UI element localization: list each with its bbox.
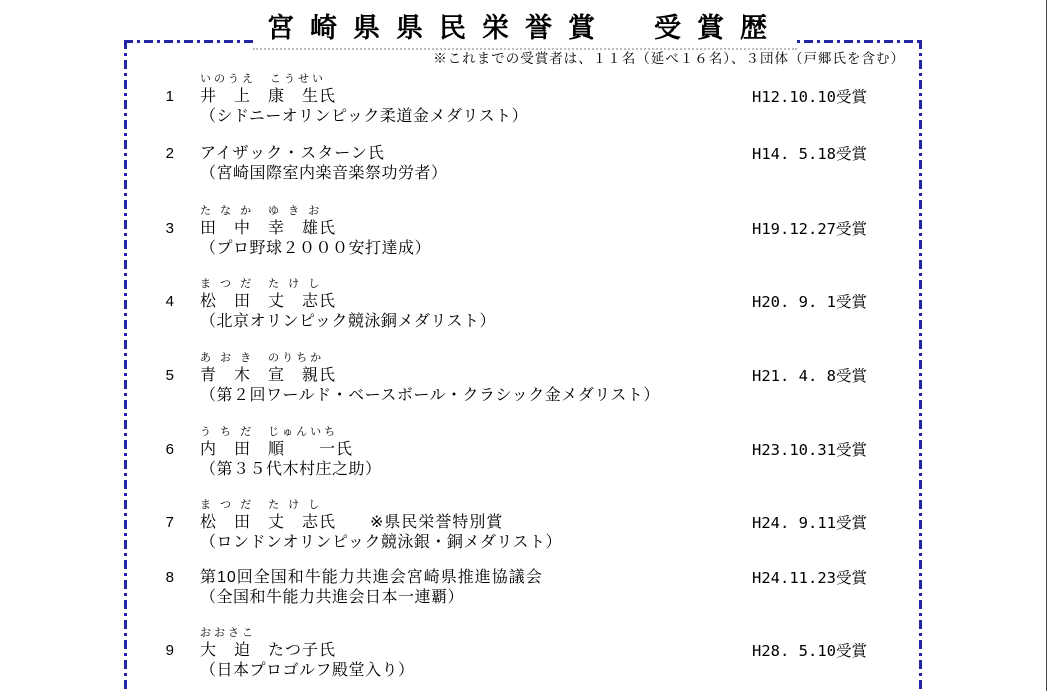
dashed-border-left [124,40,127,691]
entry-content: いのうえ こうせい 井 上 康 生氏 （シドニーオリンピック柔道金メダリスト） [200,72,528,127]
entry-number: 4 [156,292,174,312]
entry-number: 7 [156,513,174,533]
entry-furigana: あ お き のりちか [200,351,660,366]
entry-number: 2 [156,144,174,164]
entry-name: 第10回全国和牛能力共進会宮崎県推進協議会 [200,568,543,588]
entry-content: ま つ だ た け し 松 田 丈 志氏 （北京オリンピック競泳銅メダリスト） [200,277,496,332]
entry-description: （第２回ワールド・ベースボール・クラシック金メダリスト） [200,386,660,406]
entry-description: （ロンドンオリンピック競泳銀・銅メダリスト） [200,533,562,553]
entry-furigana: ま つ だ た け し [200,498,562,513]
entry-date: H21. 4. 8受賞 [752,366,867,386]
entry-number: 9 [156,641,174,661]
entry-furigana: う ち だ じゅんいち [200,425,382,440]
entry-date: H24.11.23受賞 [752,568,867,588]
recipients-note: ※これまでの受賞者は、１１名（延べ１６名）、３団体（戸郷氏を含む） [427,50,905,68]
entry-content: う ち だ じゅんいち 内 田 順 一氏 （第３５代木村庄之助） [200,425,382,480]
entry-content: 第10回全国和牛能力共進会宮崎県推進協議会 （全国和牛能力共進会日本一連覇） [200,568,543,608]
entry-description: （シドニーオリンピック柔道金メダリスト） [200,107,528,127]
entry-name: 松 田 丈 志氏 ※県民栄誉特別賞 [200,513,562,533]
entry-description: （第３５代木村庄之助） [200,460,382,480]
entry-date: H20. 9. 1受賞 [752,292,867,312]
entry-content: おおさこ 大 迫 たつ子氏 （日本プロゴルフ殿堂入り） [200,626,415,681]
entry-content: ま つ だ た け し 松 田 丈 志氏 ※県民栄誉特別賞 （ロンドンオリンピッ… [200,498,562,553]
entry-furigana: いのうえ こうせい [200,72,528,87]
entry-number: 1 [156,87,174,107]
entry-date: H19.12.27受賞 [752,219,867,239]
dashed-border-right [919,40,922,691]
entry-furigana: た な か ゆ き お [200,204,431,219]
entry-description: （全国和牛能力共進会日本一連覇） [200,588,543,608]
entry-date: H28. 5.10受賞 [752,641,867,661]
entry-name: 青 木 宣 親氏 [200,366,660,386]
entry-content: あ お き のりちか 青 木 宣 親氏 （第２回ワールド・ベースボール・クラシッ… [200,351,660,406]
entry-name: 松 田 丈 志氏 [200,292,496,312]
document-page: 宮崎県県民栄誉賞 受賞歴 ※これまでの受賞者は、１１名（延べ１６名）、３団体（戸… [0,0,1050,691]
entry-description: （北京オリンピック競泳銅メダリスト） [200,312,496,332]
entry-date: H14. 5.18受賞 [752,144,867,164]
entry-date: H23.10.31受賞 [752,440,867,460]
entry-furigana: おおさこ [200,626,415,641]
entry-description: （日本プロゴルフ殿堂入り） [200,661,415,681]
entry-furigana: ま つ だ た け し [200,277,496,292]
entry-date: H24. 9.11受賞 [752,513,867,533]
entry-name: 井 上 康 生氏 [200,87,528,107]
entry-number: 5 [156,366,174,386]
entry-description: （プロ野球２０００安打達成） [200,239,431,259]
page-title: 宮崎県県民栄誉賞 受賞歴 [253,12,797,50]
page-edge-line [1046,0,1047,691]
entry-name: 内 田 順 一氏 [200,440,382,460]
entry-name: 大 迫 たつ子氏 [200,641,415,661]
entry-description: （宮崎国際室内楽音楽祭功労者） [200,164,448,184]
entry-number: 6 [156,440,174,460]
entry-number: 3 [156,219,174,239]
entry-name: アイザック・スターン氏 [200,144,448,164]
entry-date: H12.10.10受賞 [752,87,867,107]
entry-number: 8 [156,568,174,588]
entry-name: 田 中 幸 雄氏 [200,219,431,239]
entry-content: アイザック・スターン氏 （宮崎国際室内楽音楽祭功労者） [200,144,448,184]
entry-content: た な か ゆ き お 田 中 幸 雄氏 （プロ野球２０００安打達成） [200,204,431,259]
